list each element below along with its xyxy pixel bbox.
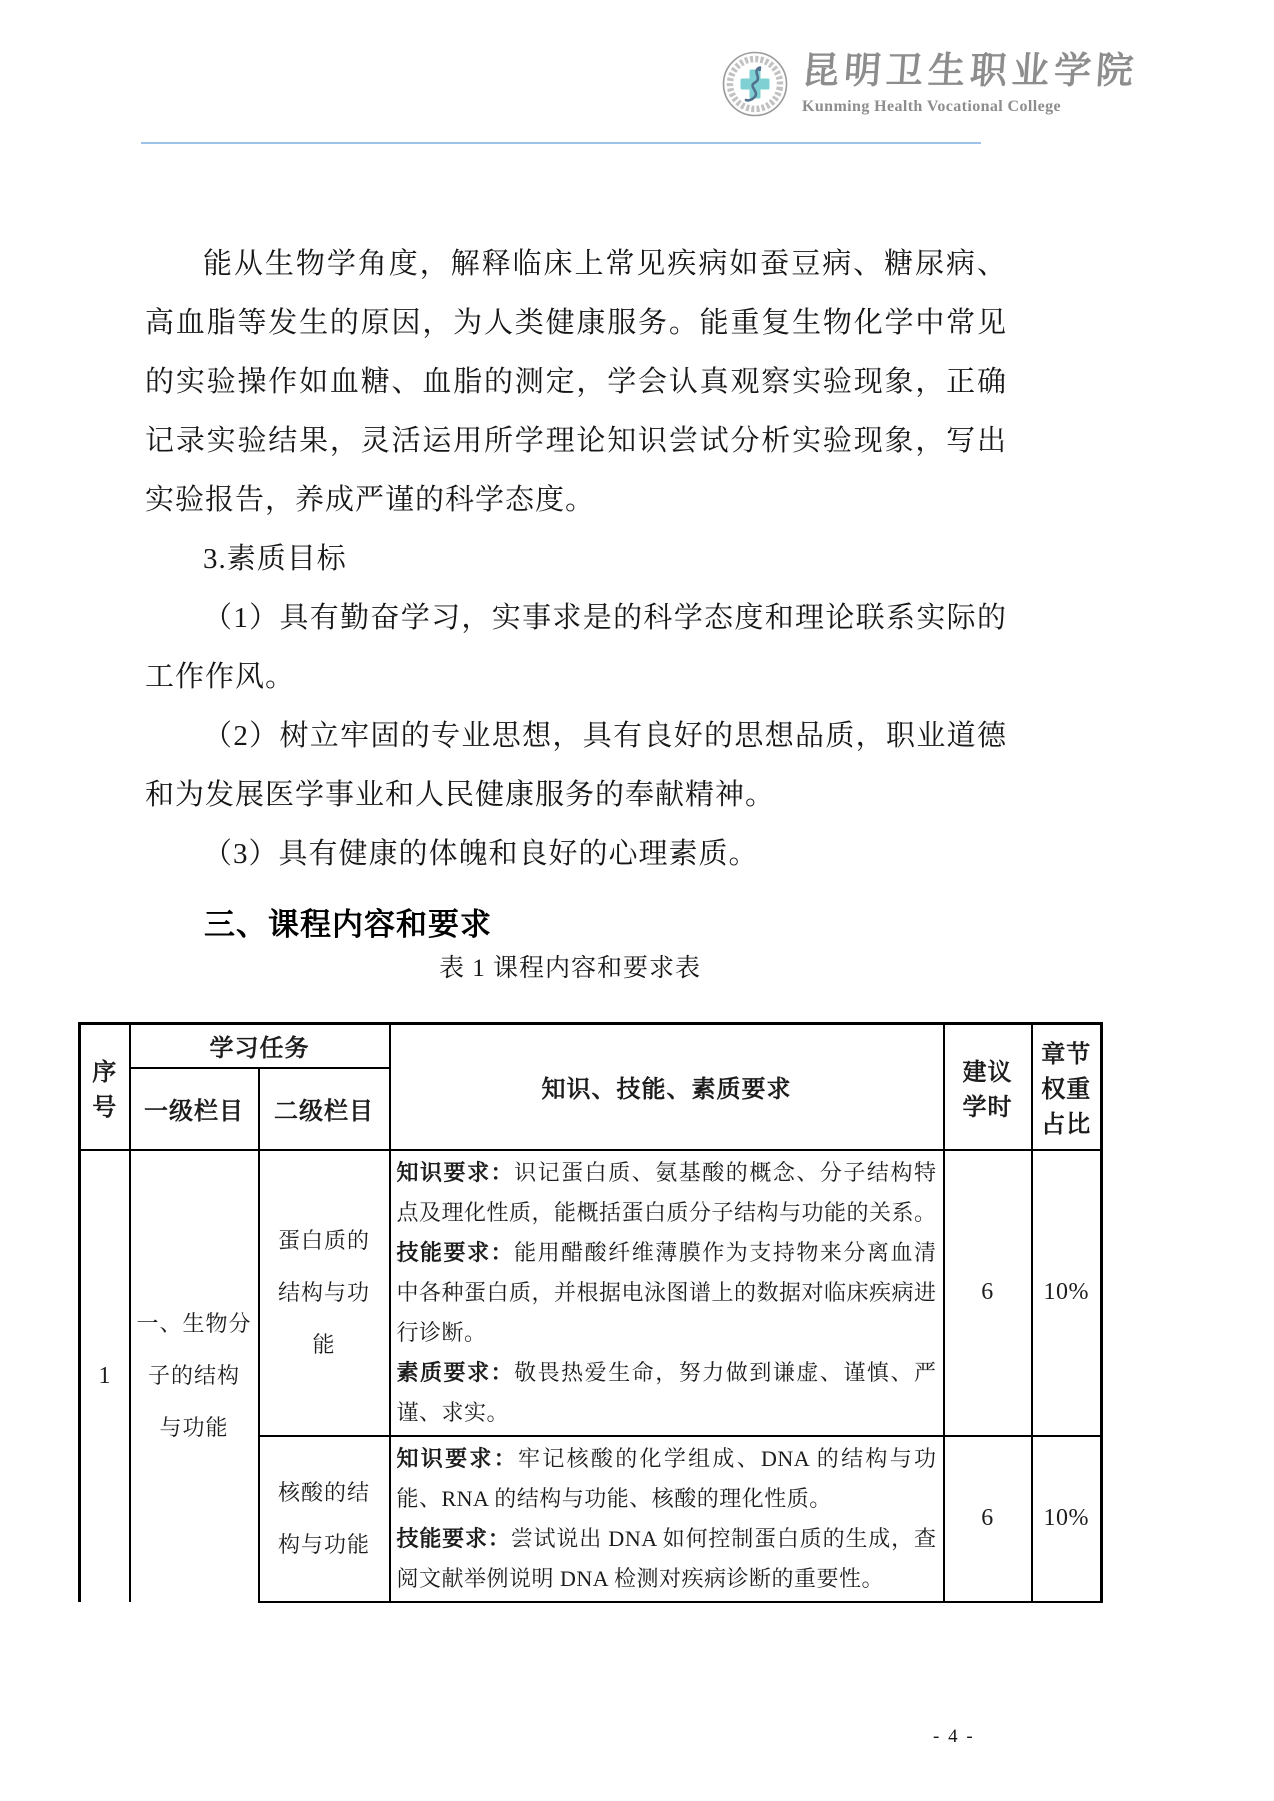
table-header-level1: 一级栏目: [130, 1068, 259, 1150]
paragraph: （1）具有勤奋学习，实事求是的科学态度和理论联系实际的工作作风。: [145, 589, 1007, 707]
cell-requirements: 知识要求：识记蛋白质、氨基酸的概念、分子结构特点及理化性质，能概括蛋白质分子结构…: [390, 1150, 944, 1436]
cell-weight: 10%: [1032, 1436, 1102, 1602]
table-header-hours: 建议 学时: [944, 1024, 1032, 1150]
college-seal-icon: [722, 51, 788, 117]
table-header-task-group: 学习任务: [130, 1024, 390, 1068]
page-number: - 4 -: [933, 1726, 975, 1748]
req-label: 技能要求：: [397, 1526, 511, 1551]
document-page: 昆明卫生职业学院 Kunming Health Vocational Colle…: [0, 0, 1274, 1801]
header-divider: [141, 142, 981, 144]
req-label: 素质要求：: [397, 1360, 515, 1385]
cell-level2: 蛋白质的 结构与功 能: [259, 1150, 390, 1436]
paragraph: （2）树立牢固的专业思想，具有良好的思想品质，职业道德和为发展医学事业和人民健康…: [145, 707, 1007, 825]
req-label: 技能要求：: [397, 1240, 515, 1265]
cell-level2: 核酸的结 构与功能: [259, 1436, 390, 1602]
table-row: 1 一、生物分 子的结构 与功能 蛋白质的 结构与功 能 知识要求：识记蛋白质、…: [80, 1150, 1102, 1436]
college-name-en: Kunming Health Vocational College: [802, 97, 1138, 117]
table-header-seq: 序 号: [80, 1024, 130, 1150]
paragraph: （3）具有健康的体魄和良好的心理素质。: [145, 825, 1007, 884]
cell-weight: 10%: [1032, 1150, 1102, 1436]
paragraph: 3.素质目标: [145, 530, 1007, 589]
cell-hours: 6: [944, 1436, 1032, 1602]
course-content-table: 序 号 学习任务 知识、技能、素质要求 建议 学时 章节 权重 占比 一级栏目 …: [78, 1022, 1103, 1603]
table-header-weight: 章节 权重 占比: [1032, 1024, 1102, 1150]
table-caption: 表 1 课程内容和要求表: [140, 948, 1000, 984]
college-name-zh: 昆明卫生职业学院: [800, 50, 1139, 94]
cell-hours: 6: [944, 1150, 1032, 1436]
college-header: 昆明卫生职业学院 Kunming Health Vocational Colle…: [722, 50, 1138, 117]
body-text: 能从生物学角度，解释临床上常见疾病如蚕豆病、糖尿病、高血脂等发生的原因，为人类健…: [145, 235, 1007, 884]
table-header-level2: 二级栏目: [259, 1068, 390, 1150]
req-label: 知识要求：: [397, 1160, 515, 1185]
cell-level1: 一、生物分 子的结构 与功能: [130, 1150, 259, 1602]
cell-requirements: 知识要求：牢记核酸的化学组成、DNA 的结构与功能、RNA 的结构与功能、核酸的…: [390, 1436, 944, 1602]
college-names: 昆明卫生职业学院 Kunming Health Vocational Colle…: [802, 50, 1138, 117]
cell-seq: 1: [80, 1150, 130, 1602]
req-label: 知识要求：: [397, 1446, 519, 1471]
table-header-requirements: 知识、技能、素质要求: [390, 1024, 944, 1150]
paragraph: 能从生物学角度，解释临床上常见疾病如蚕豆病、糖尿病、高血脂等发生的原因，为人类健…: [145, 235, 1007, 530]
section-heading: 三、课程内容和要求: [204, 899, 492, 944]
